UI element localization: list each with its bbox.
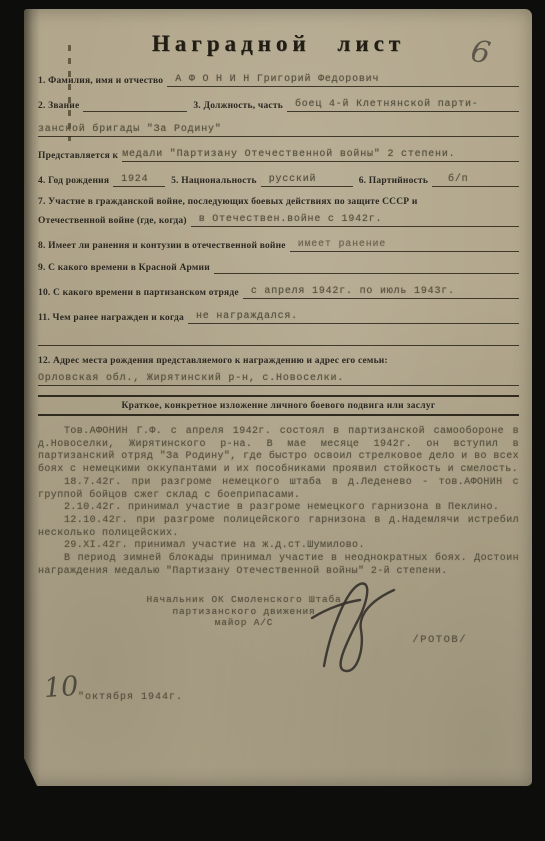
field-partisan-since-label: 10. С какого времени в партизанском отря… (38, 287, 239, 299)
field-presented-for: Представляется к медали "Партизану Отече… (38, 146, 519, 162)
field-prior-awards: 11. Чем ранее награжден и когда не награ… (38, 308, 519, 324)
citation-paragraph: Тов.АФОНИН Г.Ф. с апреля 1942г. состоял … (38, 426, 519, 477)
field-party-line: б/п (432, 171, 519, 187)
field-rank-line (83, 99, 187, 112)
field-unit-line: боец 4-й Клетнянской парти- (287, 96, 519, 112)
field-rank-unit: 2. Звание 3. Должность, часть боец 4-й К… (38, 96, 519, 112)
field-war-participation-label1: 7. Участие в гражданской войне, последую… (38, 196, 519, 209)
field-rank-label: 2. Звание (38, 100, 79, 112)
citation-paragraph: 2.10.42г. принимал участие в разгроме не… (38, 502, 519, 515)
field-red-army-line (214, 261, 519, 274)
field-birth-nat-party: 4. Год рождения 1924 5. Национальность р… (38, 171, 519, 187)
field-presented-line: медали "Партизану Отечественной войны" 2… (122, 146, 519, 162)
field-war-participation-label2: Отечественной войне (где, когда) (38, 215, 187, 227)
field-unit-value2: занской бригады "За Родину" (38, 124, 222, 135)
citation-paragraph: 12.10.42г. при разгроме полицейского гар… (38, 515, 519, 540)
approver-surname: /РОТОВ/ (412, 634, 467, 646)
field-nationality-label: 5. Национальность (171, 175, 257, 187)
document-title: Наградной лист (38, 31, 519, 57)
field-presented-value: медали "Партизану Отечественной войны" 2… (122, 149, 455, 160)
citation-body: Тов.АФОНИН Г.Ф. с апреля 1942г. состоял … (38, 426, 519, 578)
date-text: "октября 1944г. (78, 692, 183, 703)
citation-paragraph: 29.XI.42г. принимал участие на ж.д.ст.Шу… (38, 540, 519, 553)
field-prior-awards-value: не награждался. (188, 311, 298, 322)
field-war-participation-line: в Отечествен.войне с 1942г. (191, 211, 519, 227)
field-nationality-value: русский (261, 174, 317, 185)
field-prior-awards-label: 11. Чем ранее награжден и когда (38, 312, 184, 324)
field-war-participation: Отечественной войне (где, когда) в Отече… (38, 211, 519, 227)
citation-paragraph: В период зимней блокады принимал участие… (38, 553, 519, 578)
field-name: 1. Фамилия, имя и отчество А Ф О Н И Н Г… (38, 71, 519, 87)
field-party-value: б/п (432, 174, 468, 185)
field-partisan-since-value: с апреля 1942г. по июль 1943г. (243, 286, 455, 297)
field-birthyear-line: 1924 (113, 171, 165, 187)
field-partisan-since-line: с апреля 1942г. по июль 1943г. (243, 283, 519, 299)
field-wounds-line: имеет ранение (290, 236, 519, 252)
field-wounds-value: имеет ранение (290, 239, 386, 250)
field-name-value: А Ф О Н И Н Григорий Федорович (167, 74, 379, 85)
field-partisan-since: 10. С какого времени в партизанском отря… (38, 283, 519, 299)
document-page: 6 Наградной лист 1. Фамилия, имя и отчес… (24, 9, 532, 786)
field-unit-value: боец 4-й Клетнянской парти- (287, 99, 479, 110)
field-unit-label: 3. Должность, часть (193, 100, 283, 112)
field-birthyear-value: 1924 (113, 174, 148, 185)
citation-paragraph: 18.7.42г. при разгроме немецкого штаба в… (38, 477, 519, 502)
field-red-army-since: 9. С какого времени в Красной Армии (38, 261, 519, 274)
field-wounds-label: 8. Имеет ли ранения и контузии в отечест… (38, 240, 286, 252)
field-wounds: 8. Имеет ли ранения и контузии в отечест… (38, 236, 519, 252)
field-unit-continued: занской бригады "За Родину" (38, 121, 519, 137)
handwritten-day: 10 (43, 671, 79, 704)
field-address: Орловская обл., Жирятинский р-н, с.Новос… (38, 370, 519, 386)
form-content: Наградной лист 1. Фамилия, имя и отчеств… (38, 23, 519, 720)
blank-rule (38, 333, 519, 346)
field-unit-line2: занской бригады "За Родину" (38, 121, 519, 137)
field-address-value: Орловская обл., Жирятинский р-н, с.Новос… (38, 373, 344, 384)
date-area: 10 "октября 1944г. (38, 676, 519, 720)
field-party-label: 6. Партийность (359, 175, 428, 187)
field-name-line: А Ф О Н И Н Григорий Федорович (167, 71, 519, 87)
field-address-label: 12. Адрес места рождения представляемого… (38, 355, 519, 368)
field-presented-label: Представляется к (38, 150, 118, 162)
field-name-label: 1. Фамилия, имя и отчество (38, 75, 163, 87)
handwritten-signature (306, 574, 416, 674)
section-header: Краткое, конкретное изложение личного бо… (38, 395, 519, 416)
field-birthyear-label: 4. Год рождения (38, 175, 109, 187)
field-address-line: Орловская обл., Жирятинский р-н, с.Новос… (38, 370, 519, 386)
field-war-participation-value: в Отечествен.войне с 1942г. (191, 214, 383, 225)
field-nationality-line: русский (261, 171, 353, 187)
field-red-army-label: 9. С какого времени в Красной Армии (38, 262, 210, 274)
signature-area: Начальник ОК Смоленского Штаба партизанс… (38, 588, 519, 672)
field-prior-awards-line: не награждался. (188, 308, 519, 324)
